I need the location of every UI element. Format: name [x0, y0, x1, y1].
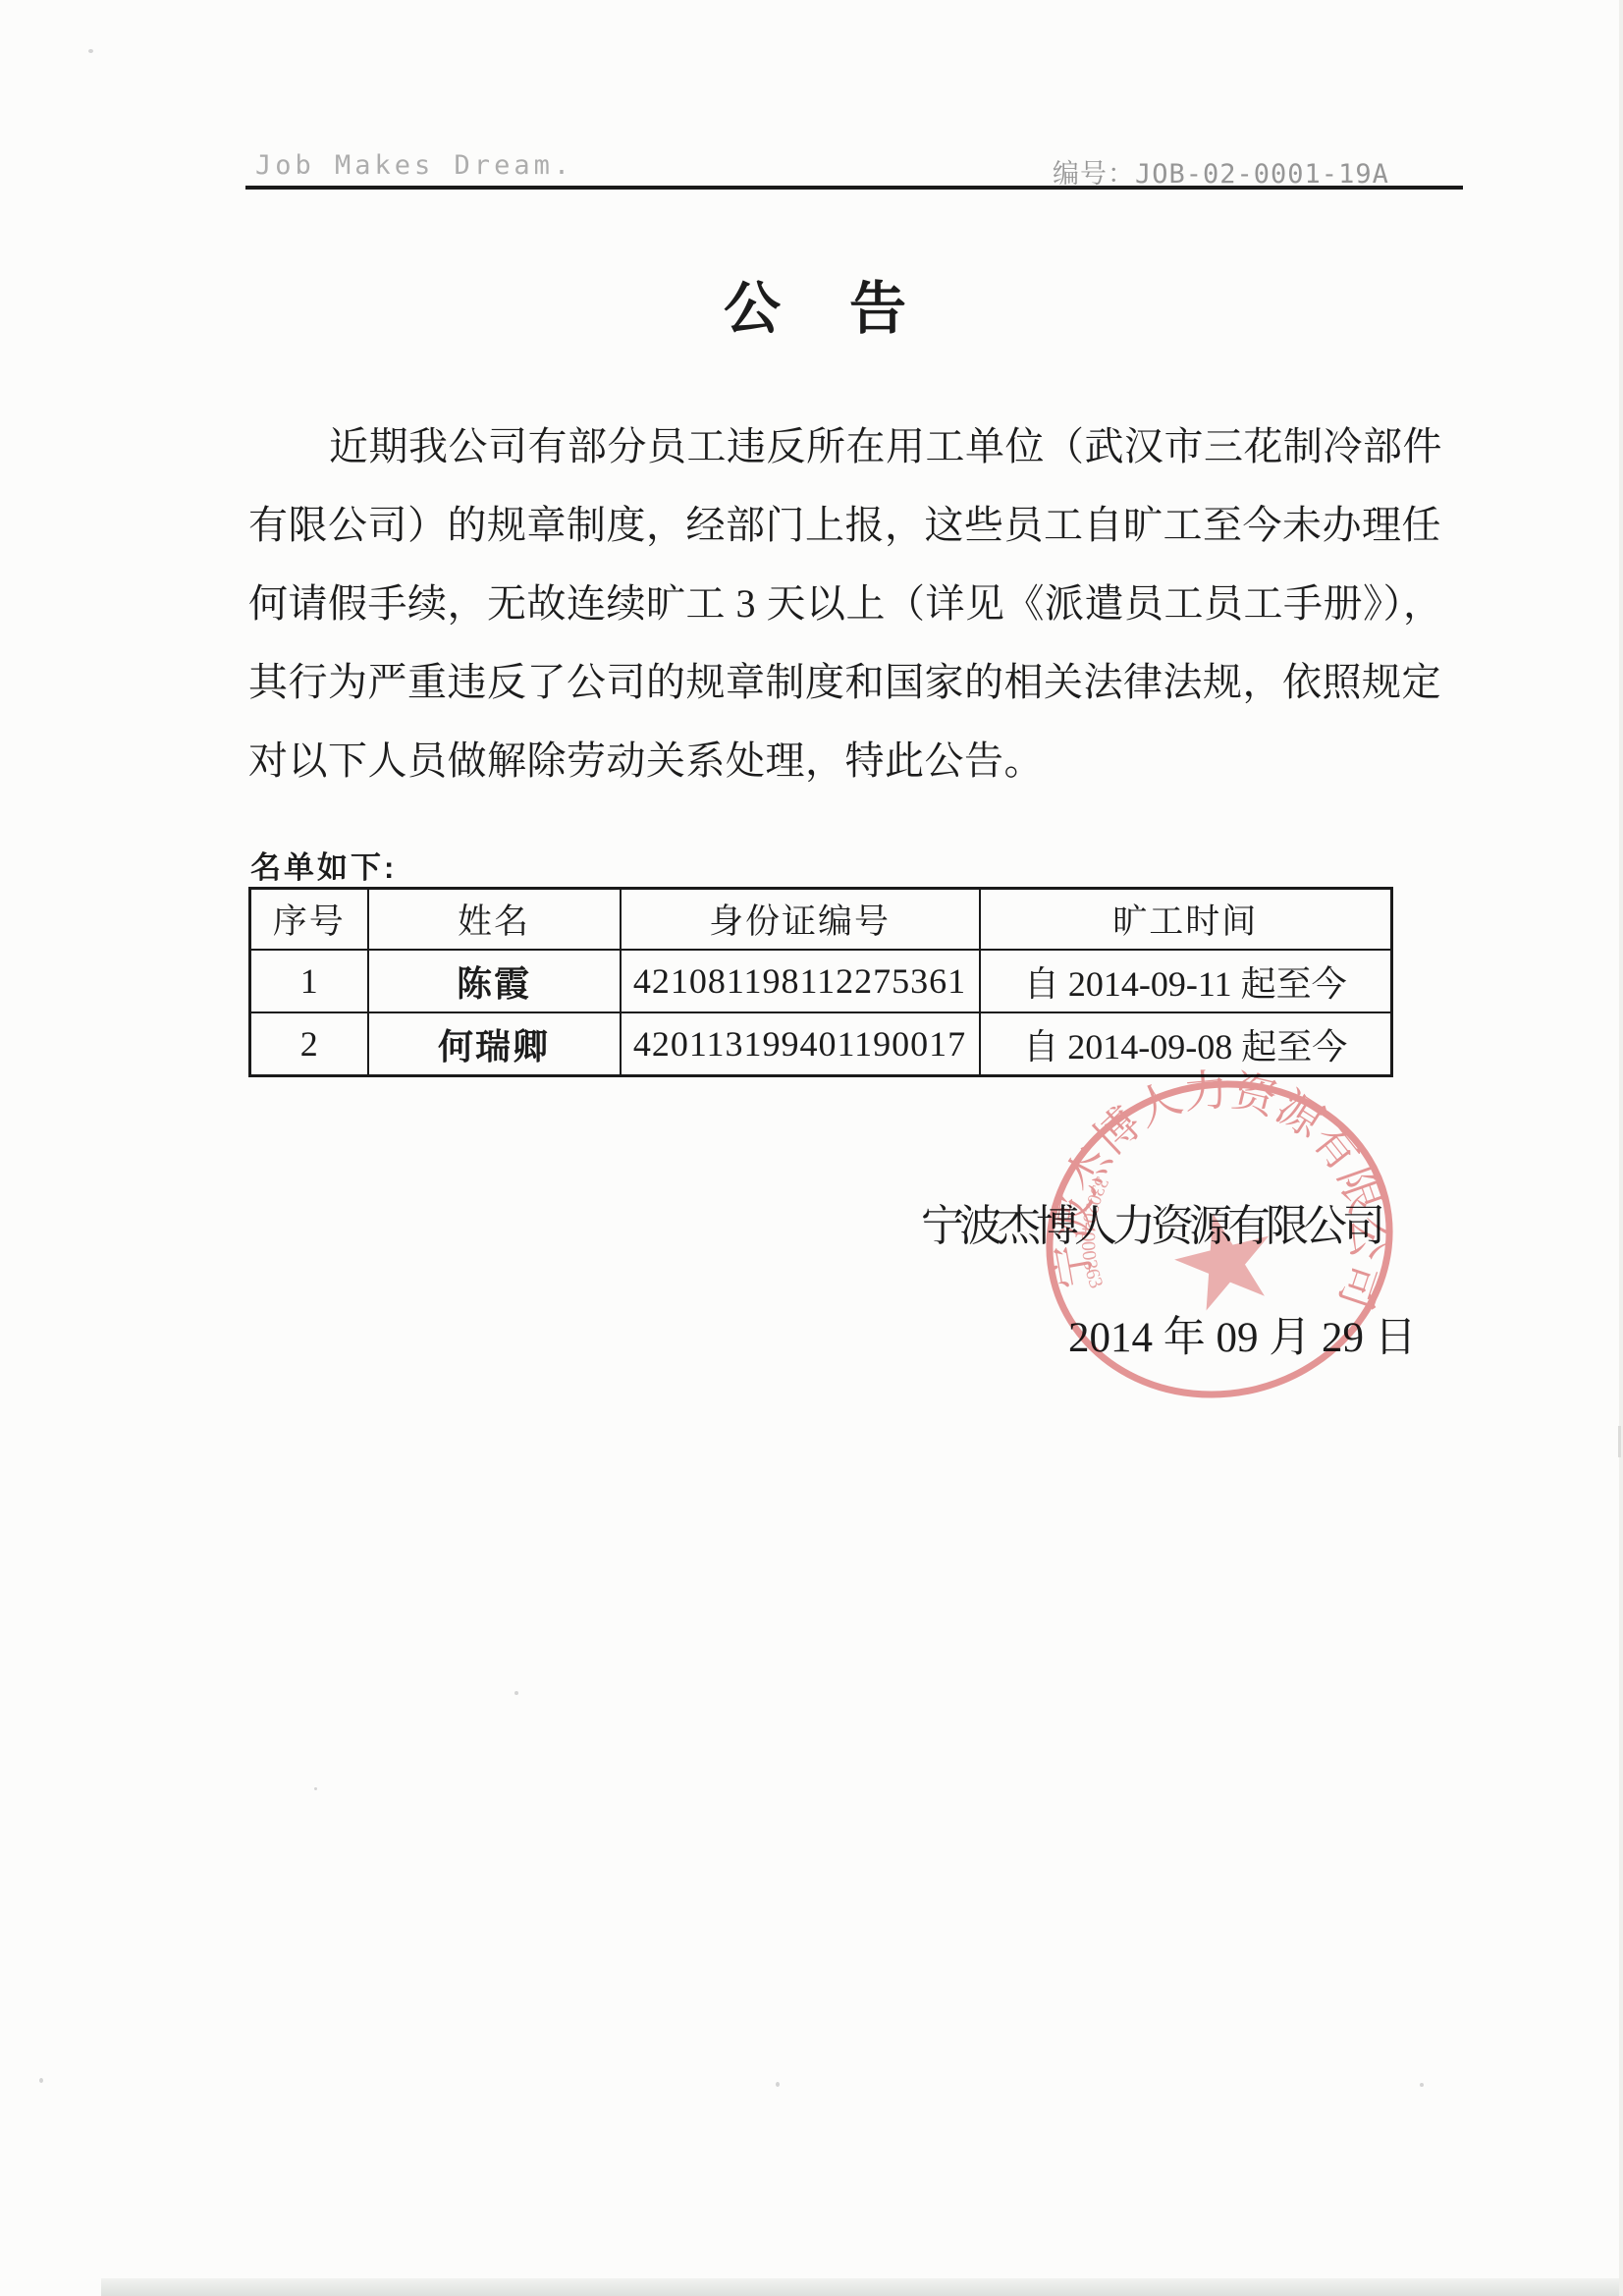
table-row: 1 陈霞 421081198112275361 自 2014-09-11 起至今	[250, 950, 1392, 1012]
signature-date: 2014 年 09 月 29 日	[1068, 1304, 1417, 1364]
scanned-announcement-page: { "document": { "header": { "slogan": "J…	[0, 0, 1623, 2296]
scan-speck	[1618, 1426, 1621, 1457]
scan-speck	[514, 1691, 518, 1695]
cell-index: 2	[250, 1012, 368, 1076]
scan-bottom-shadow	[101, 2278, 1623, 2296]
announcement-body: 近期我公司有部分员工违反所在用工单位（武汉市三花制冷部件 有限公司）的规章制度，…	[248, 408, 1394, 800]
column-header-absence-period: 旷工时间	[980, 889, 1392, 951]
page-title: 公 告	[245, 279, 1390, 340]
scan-speck	[88, 49, 93, 53]
cell-employee-name: 陈霞	[368, 950, 621, 1012]
scan-edge-line	[1619, 0, 1623, 2296]
column-header-id-number: 身份证编号	[621, 889, 980, 951]
cell-id-number: 421081198112275361	[621, 950, 980, 1012]
cell-absence-period: 自 2014-09-11 起至今	[980, 950, 1392, 1012]
cell-id-number: 420113199401190017	[621, 1012, 980, 1076]
roster-label: 名单如下:	[250, 843, 397, 887]
cell-employee-name: 何瑞卿	[368, 1012, 621, 1076]
scan-speck	[314, 1787, 317, 1790]
body-line: 近期我公司有部分员工违反所在用工单位（武汉市三花制冷部件	[248, 408, 1394, 486]
body-line: 有限公司）的规章制度，经部门上报，这些员工自旷工至今未办理任	[248, 486, 1394, 565]
table-header-row: 序号 姓名 身份证编号 旷工时间	[250, 889, 1392, 951]
signature-company-name: 宁波杰博人力资源有限公司	[921, 1190, 1380, 1253]
scan-speck	[39, 2078, 43, 2083]
cell-index: 1	[250, 950, 368, 1012]
scan-speck	[776, 2082, 780, 2087]
body-line: 其行为严重违反了公司的规章制度和国家的相关法律法规，依照规定	[248, 643, 1394, 722]
column-header-index: 序号	[250, 889, 368, 951]
cell-absence-period: 自 2014-09-08 起至今	[980, 1012, 1392, 1076]
scan-speck	[1420, 2083, 1424, 2087]
header-divider-line	[245, 186, 1463, 190]
header-slogan: Job Makes Dream.	[255, 150, 573, 181]
table-row: 2 何瑞卿 420113199401190017 自 2014-09-08 起至…	[250, 1012, 1392, 1076]
body-line: 对以下人员做解除劳动关系处理，特此公告。	[248, 722, 1394, 800]
body-line: 何请假手续，无故连续旷工 3 天以上（详见《派遣员工员工手册》），	[248, 565, 1394, 643]
column-header-name: 姓名	[368, 889, 621, 951]
dismissed-employees-table: 序号 姓名 身份证编号 旷工时间 1 陈霞 421081198112275361…	[248, 887, 1393, 1077]
